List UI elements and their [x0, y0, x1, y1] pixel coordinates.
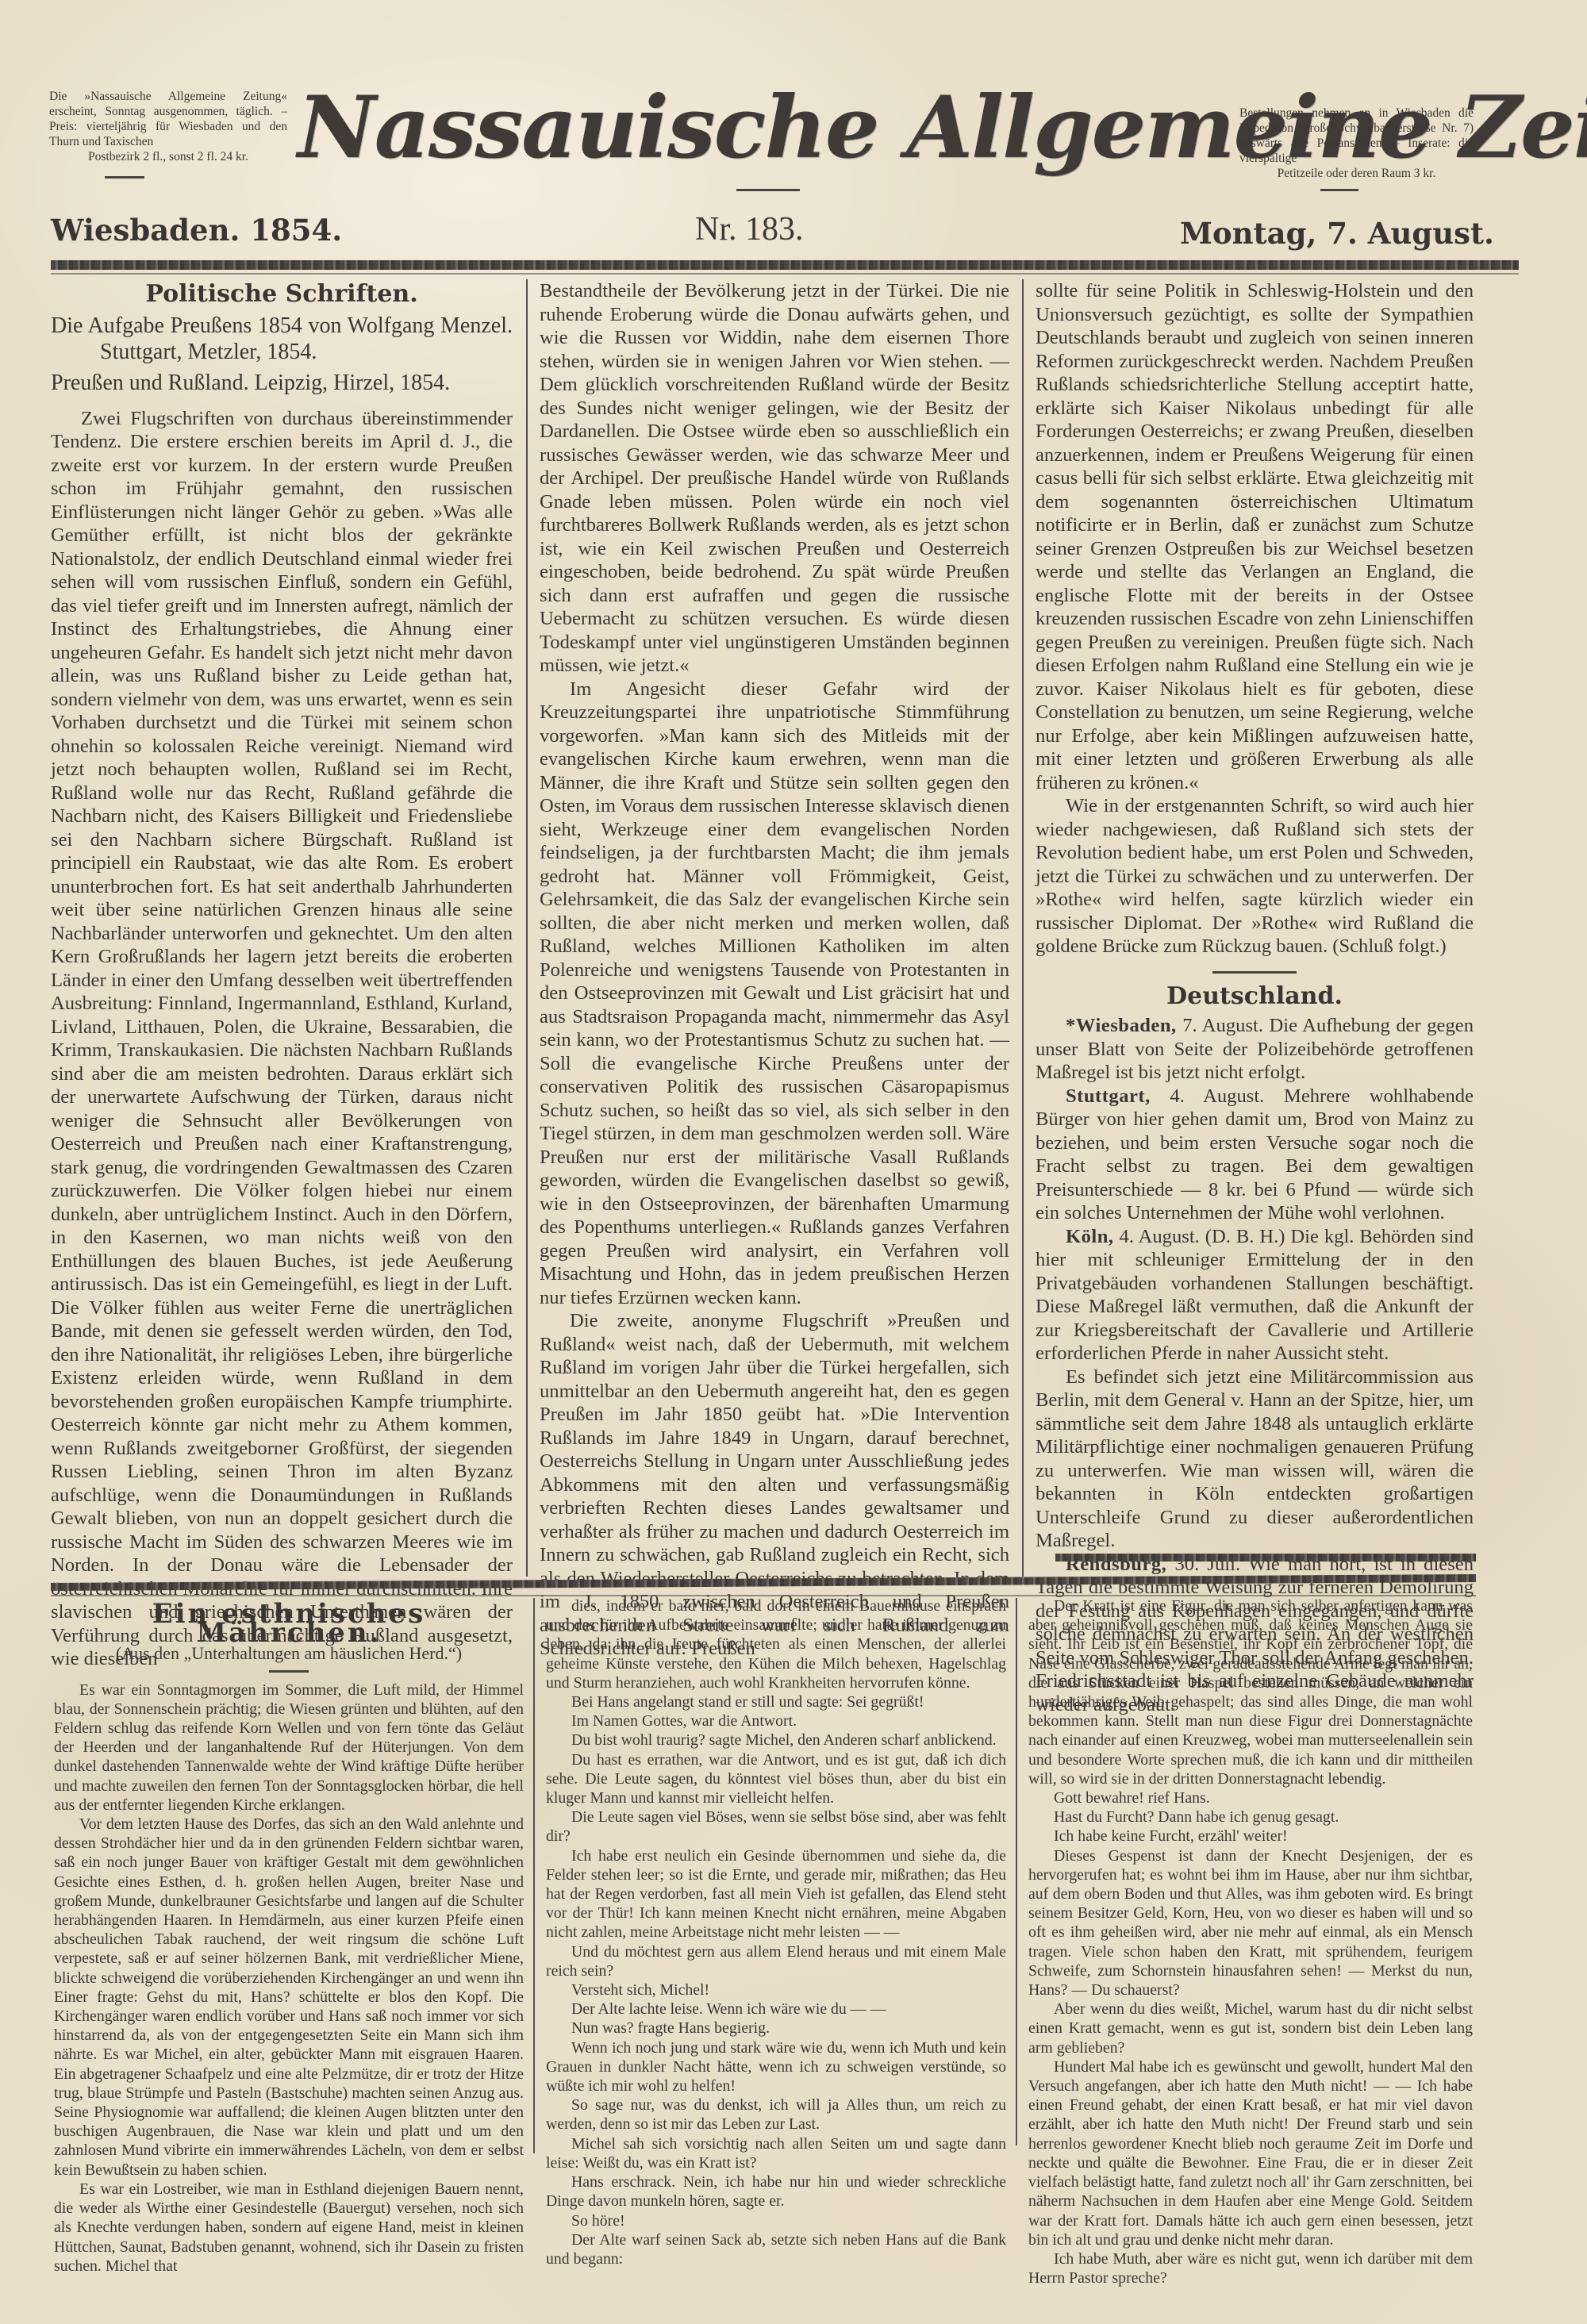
news-place: *Wiesbaden, [1066, 1015, 1177, 1036]
story-column-3: Der Kratt ist eine Figur, die man sich s… [1028, 1596, 1473, 2152]
divider [105, 176, 144, 179]
story-paragraph: Und du möchtest gern aus allem Elend her… [546, 1942, 1006, 1980]
news-date: 4. August. [1114, 1226, 1200, 1247]
place-year: Wiesbaden. 1854. [51, 213, 342, 248]
story-paragraph: Hundert Mal habe ich es gewünscht und ge… [1028, 2057, 1473, 2249]
news-text: Es befindet sich jetzt eine Militärcommi… [1036, 1366, 1474, 1552]
story-paragraph: Der Alte warf seinen Sack ab, setzte sic… [546, 2230, 1006, 2268]
story-column-1: Ein esthnisches Mährchen. (Aus den „Unte… [54, 1596, 524, 2152]
story-column-2: dies, indem er bald hier, bald dort in e… [546, 1596, 1006, 2152]
book-reference: Die Aufgabe Preußens 1854 von Wolfgang M… [51, 313, 513, 365]
story-paragraph: So sage nur, was du denkst, ich will ja … [546, 2095, 1006, 2134]
news-item: Es befindet sich jetzt eine Militärcommi… [1036, 1366, 1474, 1553]
newspaper-title: Nassauische Allgemeine Zeitung. [298, 76, 1226, 179]
story-paragraph: dies, indem er bald hier, bald dort in e… [546, 1596, 1006, 1692]
column-rule [526, 279, 528, 1577]
subscription-note-text: Die »Nassauische Allgemeine Zeitung« ers… [49, 90, 287, 148]
news-place: Stuttgart, [1066, 1085, 1151, 1107]
advertising-note-text: Bestellungen nehmen an in Wiesbaden die … [1239, 106, 1474, 165]
story-paragraph: So höre! [546, 2211, 1006, 2230]
news-date: 4. August. [1151, 1085, 1265, 1107]
divider [269, 1670, 309, 1673]
news-item: Stuttgart, 4. August. Mehrere wohlhabend… [1036, 1085, 1474, 1225]
story-paragraph: Nun was? fragte Hans begierig. [546, 2019, 1006, 2038]
subscription-note-price: Postbezirk 2 fl., sonst 2 fl. 24 kr. [49, 149, 287, 164]
story-paragraph: Im Namen Gottes, war die Antwort. [546, 1711, 1006, 1731]
advertising-note-price: Petitzeile oder deren Raum 3 kr. [1239, 166, 1474, 181]
story-paragraph: Du hast es errathen, war die Antwort, un… [546, 1750, 1006, 1808]
section-heading: Deutschland. [1036, 985, 1474, 1008]
story-paragraph: Dieses Gespenst ist dann der Knecht Desj… [1028, 1846, 1473, 2000]
story-paragraph: Hans erschrack. Nein, ich habe nur hin u… [546, 2172, 1006, 2211]
story-paragraph: Michel sah sich vorsichtig nach allen Se… [546, 2134, 1006, 2172]
column-rule [1022, 279, 1024, 1577]
news-place: Köln, [1066, 1226, 1114, 1247]
issue-number: Nr. 183. [695, 210, 804, 248]
advertising-note: Bestellungen nehmen an in Wiesbaden die … [1239, 106, 1474, 181]
divider [736, 189, 800, 191]
story-paragraph: Es war ein Lostreiber, wie man in Esthla… [54, 2180, 524, 2276]
story-paragraph: Gott bewahre! rief Hans. [1028, 1788, 1473, 1807]
column-rule [533, 1598, 535, 2153]
article-paragraph: Zwei Flugschriften von durchaus übereins… [51, 407, 513, 1671]
story-subtitle: (Aus den „Unterhaltungen am häuslichen H… [54, 1644, 524, 1663]
divider [1212, 971, 1297, 974]
politics-column-3: sollte für seine Politik in Schleswig-Ho… [1036, 279, 1474, 1581]
politics-column-2: Bestandtheile der Bevölkerung jetzt in d… [540, 279, 1009, 1581]
header-rule-thin [51, 273, 1519, 275]
article-paragraph: Wie in der erstgenannten Schrift, so wir… [1036, 794, 1474, 958]
book-reference: Preußen und Rußland. Leipzig, Hirzel, 18… [51, 370, 513, 396]
story-paragraph: Ich habe erst neulich ein Gesinde überno… [546, 1846, 1006, 1942]
story-paragraph: Es war ein Sonntagmorgen im Sommer, die … [54, 1681, 524, 1815]
article-paragraph: Im Angesicht dieser Gefahr wird der Kreu… [540, 678, 1009, 1310]
column-rule [1016, 1598, 1017, 2145]
story-title: Ein esthnisches Mährchen. [54, 1604, 524, 1642]
news-date: 7. August. [1177, 1015, 1263, 1036]
header-rule [51, 260, 1519, 270]
story-paragraph: Der Alte lachte leise. Wenn ich wäre wie… [546, 1999, 1006, 2019]
story-paragraph: Hast du Furcht? Dann habe ich genug gesa… [1028, 1807, 1473, 1827]
politics-column-1: Politische Schriften. Die Aufgabe Preuße… [51, 279, 513, 1581]
story-paragraph: Der Kratt ist eine Figur, die man sich s… [1028, 1596, 1473, 1788]
story-paragraph: Die Leute sagen viel Böses, wenn sie sel… [546, 1807, 1006, 1846]
section-heading: Politische Schriften. [51, 282, 513, 306]
news-item: *Wiesbaden, 7. August. Die Aufhebung der… [1036, 1014, 1474, 1085]
divider [1320, 189, 1358, 191]
article-paragraph: sollte für seine Politik in Schleswig-Ho… [1036, 279, 1474, 794]
story-paragraph: Bei Hans angelangt stand er still und sa… [546, 1692, 1006, 1711]
story-paragraph: Versteht sich, Michel! [546, 1980, 1006, 1999]
feuilleton-rule-right [1055, 1554, 1476, 1561]
story-paragraph: Ich habe keine Furcht, erzähl' weiter! [1028, 1827, 1473, 1846]
story-paragraph: Wenn ich noch jung und stark wäre wie du… [546, 2038, 1006, 2096]
story-paragraph: Du bist wohl traurig? sagte Michel, den … [546, 1731, 1006, 1750]
article-paragraph: Bestandtheile der Bevölkerung jetzt in d… [540, 279, 1009, 678]
story-paragraph: Vor dem letzten Hause des Dorfes, das si… [54, 1815, 524, 2180]
story-paragraph: Ich habe Muth, aber wäre es nicht gut, w… [1028, 2249, 1473, 2288]
news-item: Köln, 4. August. (D. B. H.) Die kgl. Beh… [1036, 1225, 1474, 1366]
story-paragraph: Aber wenn du dies weißt, Michel, warum h… [1028, 1999, 1473, 2057]
subscription-note: Die »Nassauische Allgemeine Zeitung« ers… [49, 89, 287, 164]
issue-date: Montag, 7. August. [1180, 216, 1494, 251]
